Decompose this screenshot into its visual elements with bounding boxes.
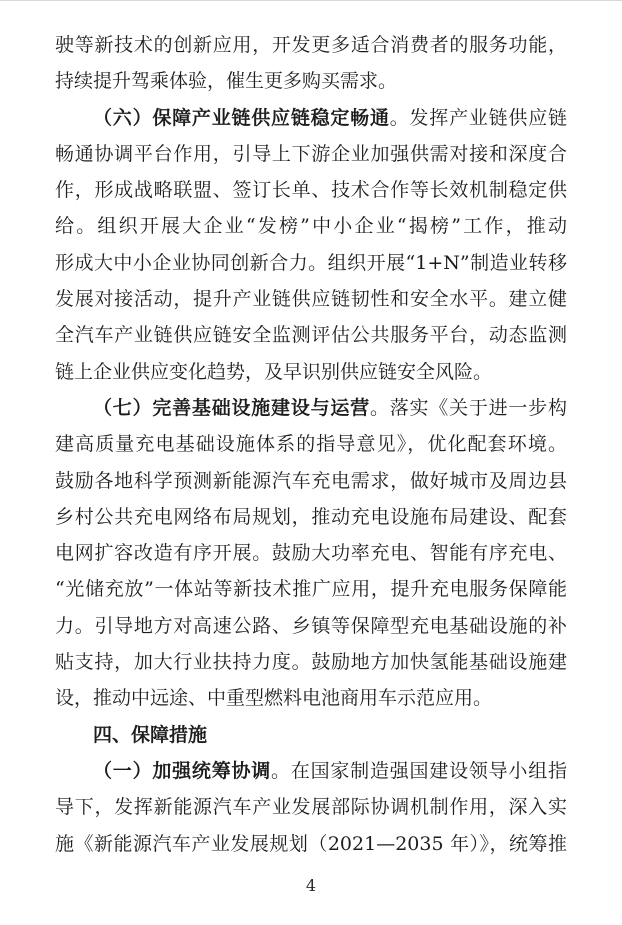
text-line: 导下，发挥新能源汽车产业发展部际协调机制作用，深入实 [55, 789, 567, 825]
text-line: 乡村公共充电网络布局规划，推动充电设施布局建设、配套 [55, 499, 567, 535]
bold-run: （一）加强统筹协调 [93, 760, 271, 782]
text-line: 链上企业供应变化趋势，及早识别供应链安全风险。 [55, 354, 567, 390]
text-line: 电网扩容改造有序开展。鼓励大功率充电、智能有序充电、 [55, 535, 567, 571]
text-line: 形成大中小企业协同创新合力。组织开展“1+N”制造业转移 [55, 245, 567, 281]
text-line: 全汽车产业链供应链安全监测评估公共服务平台，动态监测 [55, 317, 567, 353]
text-line: 贴支持，加大行业扶持力度。鼓励地方加快氢能基础设施建 [55, 644, 567, 680]
document-body: 驶等新技术的创新应用，开发更多适合消费者的服务功能，持续提升驾乘体验，催生更多购… [55, 27, 567, 862]
text-line: 施《新能源汽车产业发展规划（2021—2035 年）》，统筹推动 [55, 826, 567, 862]
page-footer: 4 [55, 875, 567, 897]
text-line: 鼓励各地科学预测新能源汽车充电需求，做好城市及周边县 [55, 463, 567, 499]
text-line: 给。组织开展大企业“发榜”中小企业“揭榜”工作，推动 [55, 208, 567, 244]
text-line: 畅通协调平台作用，引导上下游企业加强供需对接和深度合 [55, 136, 567, 172]
text-line: （七）完善基础设施建设与运营。落实《关于进一步构 [55, 390, 567, 426]
bold-run: 四、保障措施 [93, 724, 207, 746]
text-line: （一）加强统筹协调。在国家制造强国建设领导小组指 [55, 753, 567, 789]
bold-run: （六）保障产业链供应链稳定畅通 [93, 107, 390, 129]
text-line: “光储充放”一体站等新技术推广应用，提升充电服务保障能 [55, 571, 567, 607]
bold-run: （七）完善基础设施建设与运营 [93, 397, 370, 419]
text-line: 力。引导地方对高速公路、乡镇等保障型充电基础设施的补 [55, 608, 567, 644]
document-page: 驶等新技术的创新应用，开发更多适合消费者的服务功能，持续提升驾乘体验，催生更多购… [0, 0, 622, 925]
text-line: 发展对接活动，提升产业链供应链韧性和安全水平。建立健 [55, 281, 567, 317]
text-line: 设，推动中远途、中重型燃料电池商用车示范应用。 [55, 680, 567, 716]
text-line: 持续提升驾乘体验，催生更多购买需求。 [55, 63, 567, 99]
text-line: 建高质量充电基础设施体系的指导意见》，优化配套环境。 [55, 426, 567, 462]
section-heading-line: 四、保障措施 [55, 717, 567, 753]
text-line: （六）保障产业链供应链稳定畅通。发挥产业链供应链 [55, 100, 567, 136]
text-line: 作，形成战略联盟、签订长单、技术合作等长效机制稳定供 [55, 172, 567, 208]
page-number: 4 [306, 876, 316, 895]
text-line: 驶等新技术的创新应用，开发更多适合消费者的服务功能， [55, 27, 567, 63]
